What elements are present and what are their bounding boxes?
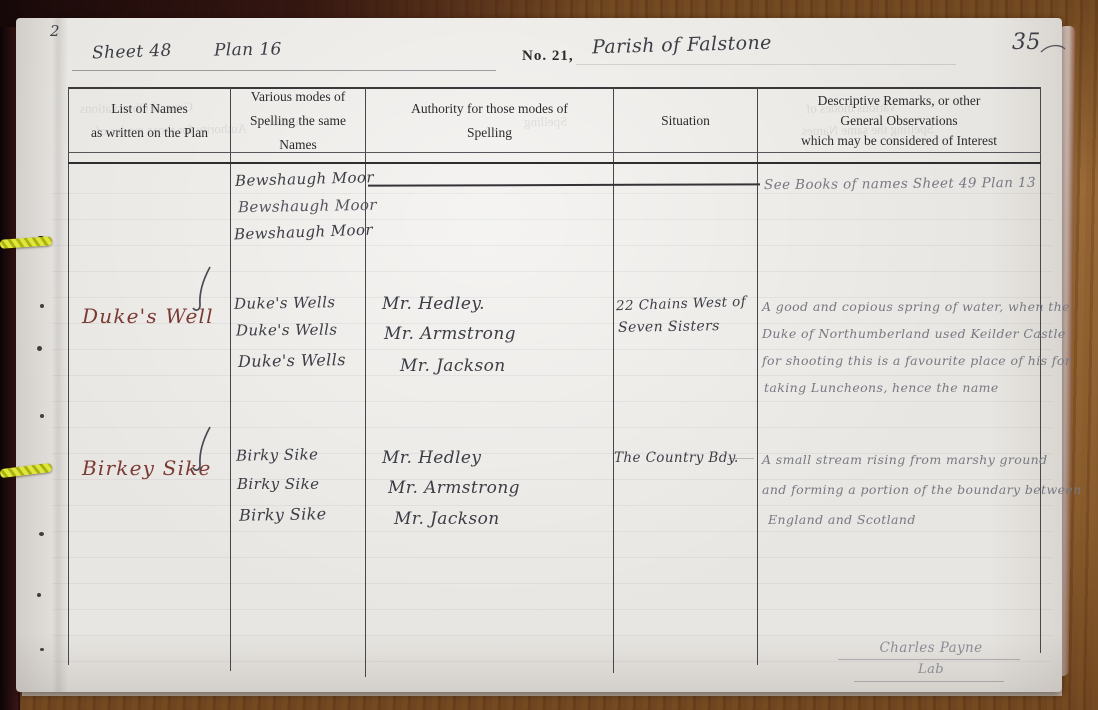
authority-line: Mr. Hedley bbox=[382, 448, 481, 468]
form-number-label: No. 21, bbox=[522, 48, 574, 65]
spelling-line: Duke's Wells bbox=[238, 350, 346, 371]
authority-line: Mr. Jackson bbox=[394, 509, 500, 529]
page-number-flourish bbox=[1040, 42, 1066, 56]
header-rule-upper bbox=[68, 152, 1041, 153]
authority-line: Mr. Hedley. bbox=[382, 294, 485, 314]
photographed-name-book-page: 2 Sheet 48 Plan 16 No. 21, Parish of Fal… bbox=[0, 0, 1098, 710]
document-page: 2 Sheet 48 Plan 16 No. 21, Parish of Fal… bbox=[16, 18, 1062, 692]
binding-hole-mark bbox=[40, 414, 44, 418]
binding-hole-mark bbox=[37, 346, 42, 351]
binding-hole-mark bbox=[37, 593, 41, 597]
parish-name: Parish of Falstone bbox=[592, 32, 772, 59]
signature-baseline bbox=[854, 681, 1004, 682]
spelling-line: Bewshaugh Moor bbox=[235, 168, 374, 190]
header-line: Authority for those modes of bbox=[411, 97, 568, 121]
header-descriptive-remarks: Descriptive Remarks, or other General Ob… bbox=[758, 90, 1040, 152]
sheet-number: Sheet 48 bbox=[92, 41, 172, 64]
remark-line: See Books of names Sheet 49 Plan 13 bbox=[764, 175, 1036, 193]
spelling-line: Duke's Wells bbox=[236, 321, 338, 340]
header-list-of-names: List of Names as written on the Plan bbox=[69, 90, 230, 152]
surveyor-signature: Charles Payne bbox=[856, 640, 1006, 656]
sheet-plan-baseline bbox=[72, 70, 496, 71]
binding-hole-mark bbox=[39, 532, 44, 536]
header-line: Spelling bbox=[467, 121, 512, 145]
faint-ruled-lines bbox=[52, 168, 1052, 668]
plan-number: Plan 16 bbox=[214, 39, 282, 60]
entry-name: Birkey Sike bbox=[82, 456, 212, 480]
header-line: which may be considered of Interest bbox=[801, 131, 997, 151]
table-top-border bbox=[68, 87, 1041, 89]
header-line: Various modes of bbox=[251, 85, 346, 109]
entry-name: Duke's Well bbox=[82, 304, 214, 328]
authority-line: Mr. Jackson bbox=[400, 356, 506, 376]
remark-line: A good and copious spring of water, when… bbox=[762, 299, 1070, 314]
column-divider-1 bbox=[230, 87, 231, 671]
binding-hole-mark bbox=[40, 304, 44, 308]
spelling-line: Birky Sike bbox=[237, 475, 319, 493]
page-number-left: 2 bbox=[50, 22, 60, 40]
remark-line: A small stream rising from marshy ground bbox=[762, 452, 1048, 467]
header-authority: Authority for those modes of Spelling bbox=[366, 90, 613, 152]
spelling-line: Birky Sike bbox=[236, 445, 319, 464]
spelling-line: Bewshaugh Moor bbox=[234, 221, 373, 244]
header-line: List of Names bbox=[111, 97, 188, 121]
situation-line: Seven Sisters bbox=[618, 318, 720, 336]
header-line: General Observations bbox=[840, 111, 957, 131]
header-line: as written on the Plan bbox=[91, 121, 208, 145]
situation-line: The Country Bdy. bbox=[614, 450, 739, 466]
spelling-line: Bewshaugh Moor bbox=[238, 196, 377, 216]
header-various-modes: Various modes of Spelling the same Names bbox=[231, 90, 365, 152]
situation-line: 22 Chains West of bbox=[616, 294, 747, 315]
column-divider-3 bbox=[613, 87, 614, 673]
header-line: Situation bbox=[661, 109, 710, 133]
header-rule-lower bbox=[68, 162, 1041, 164]
remark-line: for shooting this is a favourite place o… bbox=[762, 353, 1071, 368]
column-divider-4 bbox=[757, 87, 758, 665]
table-border-right bbox=[1040, 87, 1041, 653]
authority-line: Mr. Armstrong bbox=[388, 478, 520, 498]
binding-hole-mark bbox=[40, 648, 44, 651]
authority-line: Mr. Armstrong bbox=[384, 324, 516, 344]
header-line: Spelling the same Names bbox=[231, 109, 365, 157]
remark-line: and forming a portion of the boundary be… bbox=[762, 482, 1082, 497]
situation-dash bbox=[728, 458, 754, 459]
remark-line: Duke of Northumberland used Keilder Cast… bbox=[762, 326, 1066, 341]
table-border-left bbox=[68, 87, 69, 665]
parish-baseline bbox=[576, 64, 956, 65]
header-line: Descriptive Remarks, or other bbox=[818, 91, 981, 111]
remark-line: England and Scotland bbox=[768, 512, 916, 527]
header-situation: Situation bbox=[614, 90, 757, 152]
remark-line: taking Luncheons, hence the name bbox=[764, 380, 999, 395]
page-number-right: 35 bbox=[1012, 30, 1041, 55]
surveyor-title: Lab bbox=[856, 662, 1006, 677]
spelling-line: Duke's Wells bbox=[234, 293, 336, 313]
signature-baseline bbox=[838, 659, 1020, 660]
spelling-line: Birky Sike bbox=[239, 504, 327, 525]
blank-cells-strike-line bbox=[368, 183, 760, 186]
